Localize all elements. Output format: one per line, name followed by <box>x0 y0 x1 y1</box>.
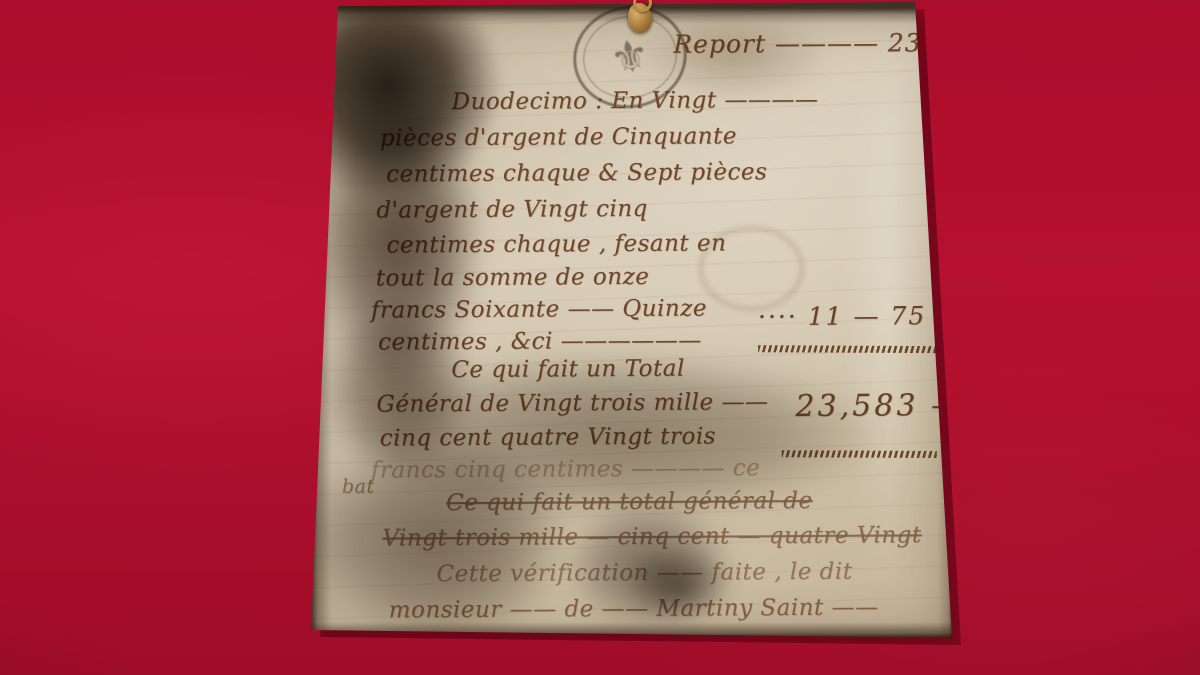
stain <box>293 430 573 650</box>
manuscript-board: ⚜ Report ———— 23,571 — 80. Duodecimo : E… <box>303 0 958 650</box>
flourish-rule <box>758 345 936 353</box>
subtotal-amount: ···· 11 — 75 <box>758 301 926 331</box>
photo-scene: ⚜ Report ———— 23,571 — 80. Duodecimo : E… <box>0 0 1200 675</box>
stain <box>623 545 733 625</box>
stain <box>633 10 833 100</box>
